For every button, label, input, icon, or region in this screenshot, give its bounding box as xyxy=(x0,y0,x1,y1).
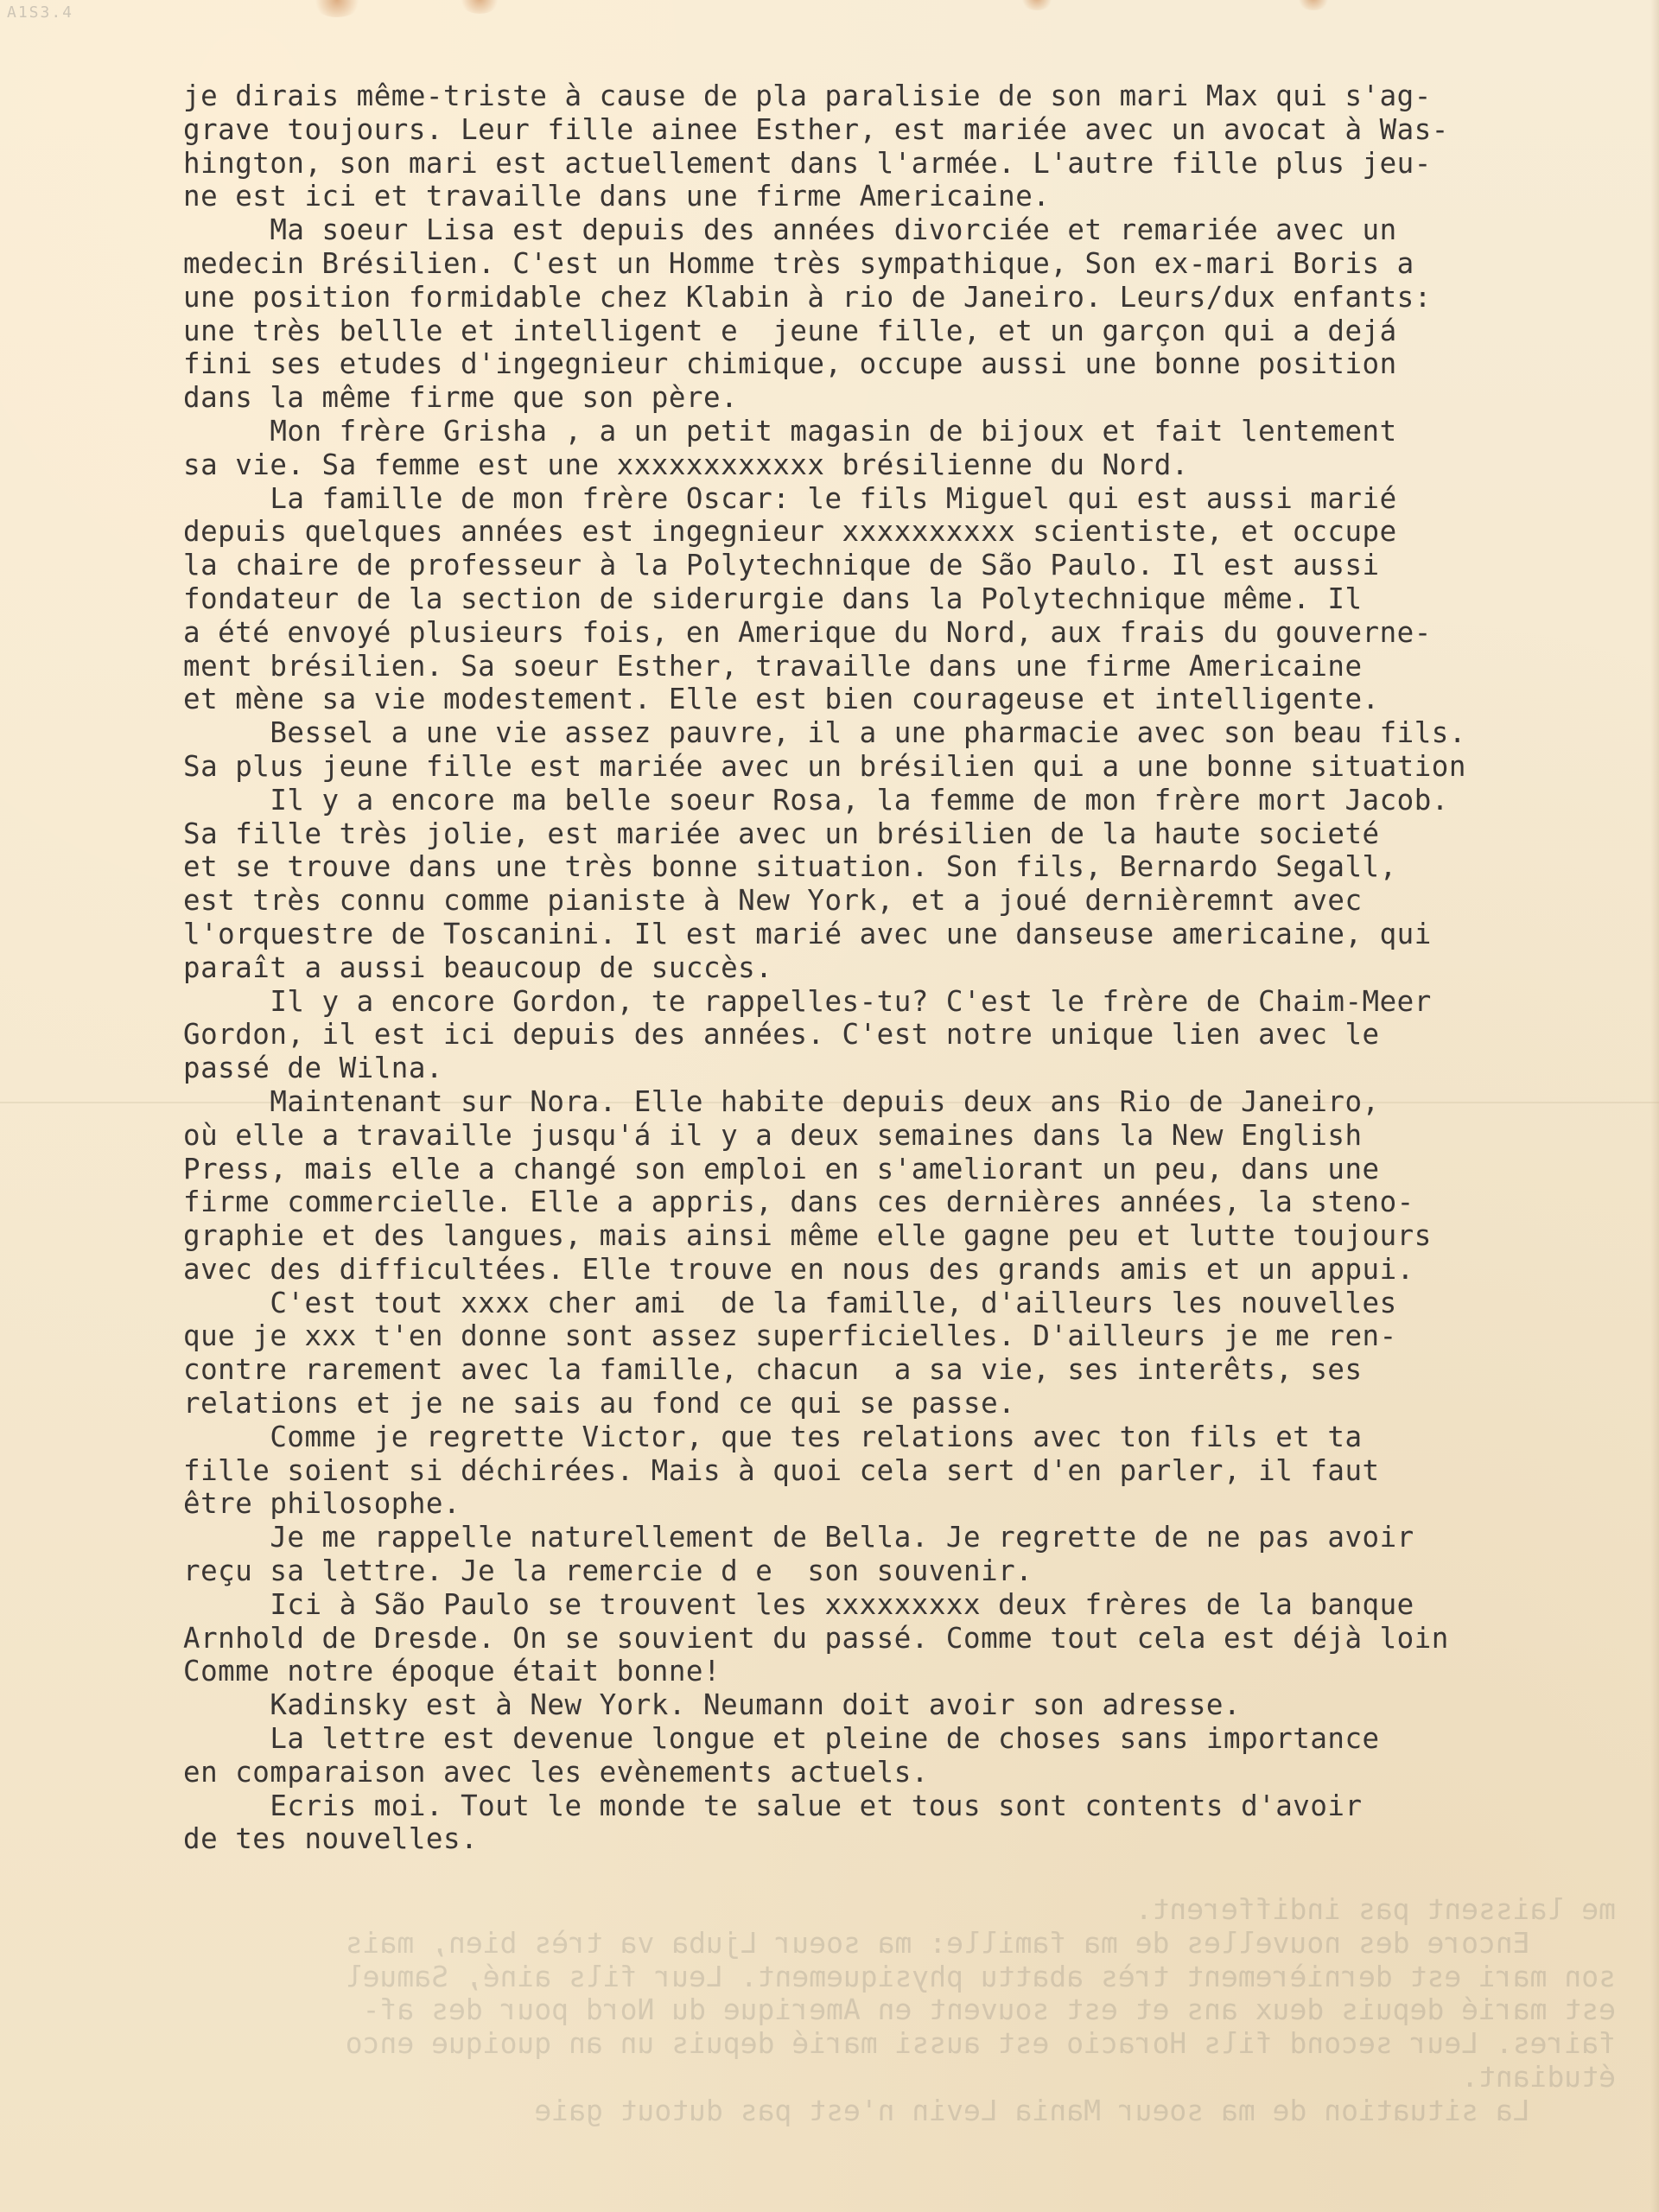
letter-line: une position formidable chez Klabin à ri… xyxy=(183,281,1659,315)
letter-line: relations et je ne sais au fond ce qui s… xyxy=(183,1387,1659,1421)
letter-line: ment brésilien. Sa soeur Esther, travail… xyxy=(183,650,1659,683)
letter-line: une très bellle et intelligent e jeune f… xyxy=(183,315,1659,348)
letter-line: et mène sa vie modestement. Elle est bie… xyxy=(183,683,1659,716)
archive-stamp: A1S3.4 xyxy=(7,3,73,22)
letter-line: Gordon, il est ici depuis des années. C'… xyxy=(183,1018,1659,1052)
letter-line: fondateur de la section de siderurgie da… xyxy=(183,582,1659,616)
letter-line: avec des difficultées. Elle trouve en no… xyxy=(183,1253,1659,1287)
letter-line: medecin Brésilien. C'est un Homme très s… xyxy=(183,247,1659,281)
letter-line: firme commercielle. Elle a appris, dans … xyxy=(183,1185,1659,1219)
bleed-line: La situation de ma soeur Mania Levin n'e… xyxy=(406,2094,1616,2127)
letter-line: Je me rappelle naturellement de Bella. J… xyxy=(183,1521,1659,1554)
letter-line: être philosophe. xyxy=(183,1487,1659,1521)
letter-line: Mon frère Grisha , a un petit magasin de… xyxy=(183,415,1659,448)
letter-line: C'est tout xxxx cher ami de la famille, … xyxy=(183,1287,1659,1320)
letter-line: contre rarement avec la famille, chacun … xyxy=(183,1353,1659,1387)
letter-line: Ma soeur Lisa est depuis des années divo… xyxy=(183,213,1659,247)
letter-line: où elle a travaille jusqu'á il y a deux … xyxy=(183,1119,1659,1153)
letter-line: en comparaison avec les evènements actue… xyxy=(183,1756,1659,1789)
letter-line: sa vie. Sa femme est une xxxxxxxxxxxx br… xyxy=(183,448,1659,482)
bleed-line: étudiant. xyxy=(406,2060,1616,2094)
bleed-line: est marié depuis deux ans et est souvent… xyxy=(406,1993,1616,2026)
letter-line: Il y a encore ma belle soeur Rosa, la fe… xyxy=(183,784,1659,817)
bleed-line: Encore des nouvelles de ma famille: ma s… xyxy=(406,1926,1616,1960)
bleed-line: son mari est dernièrement très abattu ph… xyxy=(406,1960,1616,1993)
letter-body: je dirais même-triste à cause de pla par… xyxy=(183,79,1659,1856)
letter-line: que je xxx t'en donne sont assez superfi… xyxy=(183,1319,1659,1353)
letter-line: paraît a aussi beaucoup de succès. xyxy=(183,951,1659,985)
letter-line: graphie et des langues, mais ainsi même … xyxy=(183,1219,1659,1253)
letter-line: hington, son mari est actuellement dans … xyxy=(183,147,1659,181)
letter-line: la chaire de professeur à la Polytechniq… xyxy=(183,549,1659,582)
letter-line: est très connu comme pianiste à New York… xyxy=(183,884,1659,918)
letter-line: Sa fille très jolie, est mariée avec un … xyxy=(183,817,1659,851)
letter-line: grave toujours. Leur fille ainee Esther,… xyxy=(183,113,1659,147)
letter-line: Ecris moi. Tout le monde te salue et tou… xyxy=(183,1789,1659,1823)
letter-line: Arnhold de Dresde. On se souvient du pas… xyxy=(183,1622,1659,1656)
letter-line: de tes nouvelles. xyxy=(183,1822,1659,1856)
bleed-line: faires. Leur second fils Horacio est aus… xyxy=(406,2026,1616,2060)
letter-line: ne est ici et travaille dans une firme A… xyxy=(183,180,1659,213)
letter-line: Bessel a une vie assez pauvre, il a une … xyxy=(183,716,1659,750)
letter-line: passé de Wilna. xyxy=(183,1052,1659,1085)
letter-line: je dirais même-triste à cause de pla par… xyxy=(183,79,1659,113)
letter-line: Maintenant sur Nora. Elle habite depuis … xyxy=(183,1085,1659,1119)
letter-line: Il y a encore Gordon, te rappelles-tu? C… xyxy=(183,985,1659,1019)
letter-line: Comme je regrette Victor, que tes relati… xyxy=(183,1421,1659,1454)
letter-line: depuis quelques années est ingegnieur xx… xyxy=(183,515,1659,549)
letter-line: Sa plus jeune fille est mariée avec un b… xyxy=(183,750,1659,784)
letter-line: Comme notre époque était bonne! xyxy=(183,1655,1659,1688)
letter-line: l'orquestre de Toscanini. Il est marié a… xyxy=(183,918,1659,951)
letter-line: La famille de mon frère Oscar: le fils M… xyxy=(183,482,1659,516)
letter-line: a été envoyé plusieurs fois, en Amerique… xyxy=(183,616,1659,650)
letter-line: et se trouve dans une très bonne situati… xyxy=(183,850,1659,884)
letter-line: reçu sa lettre. Je la remercie d e son s… xyxy=(183,1554,1659,1588)
letter-line: La lettre est devenue longue et pleine d… xyxy=(183,1722,1659,1756)
letter-line: Ici à São Paulo se trouvent les xxxxxxxx… xyxy=(183,1588,1659,1622)
letter-line: Kadinsky est à New York. Neumann doit av… xyxy=(183,1688,1659,1722)
letter-line: Press, mais elle a changé son emploi en … xyxy=(183,1153,1659,1186)
letter-line: dans la même firme que son père. xyxy=(183,381,1659,415)
letter-line: fille soient si déchirées. Mais à quoi c… xyxy=(183,1454,1659,1488)
bleed-through-text: me laissent pas indifferent. Encore des … xyxy=(406,1892,1616,2127)
letter-line: fini ses etudes d'ingegnieur chimique, o… xyxy=(183,347,1659,381)
bleed-line: me laissent pas indifferent. xyxy=(406,1892,1616,1926)
